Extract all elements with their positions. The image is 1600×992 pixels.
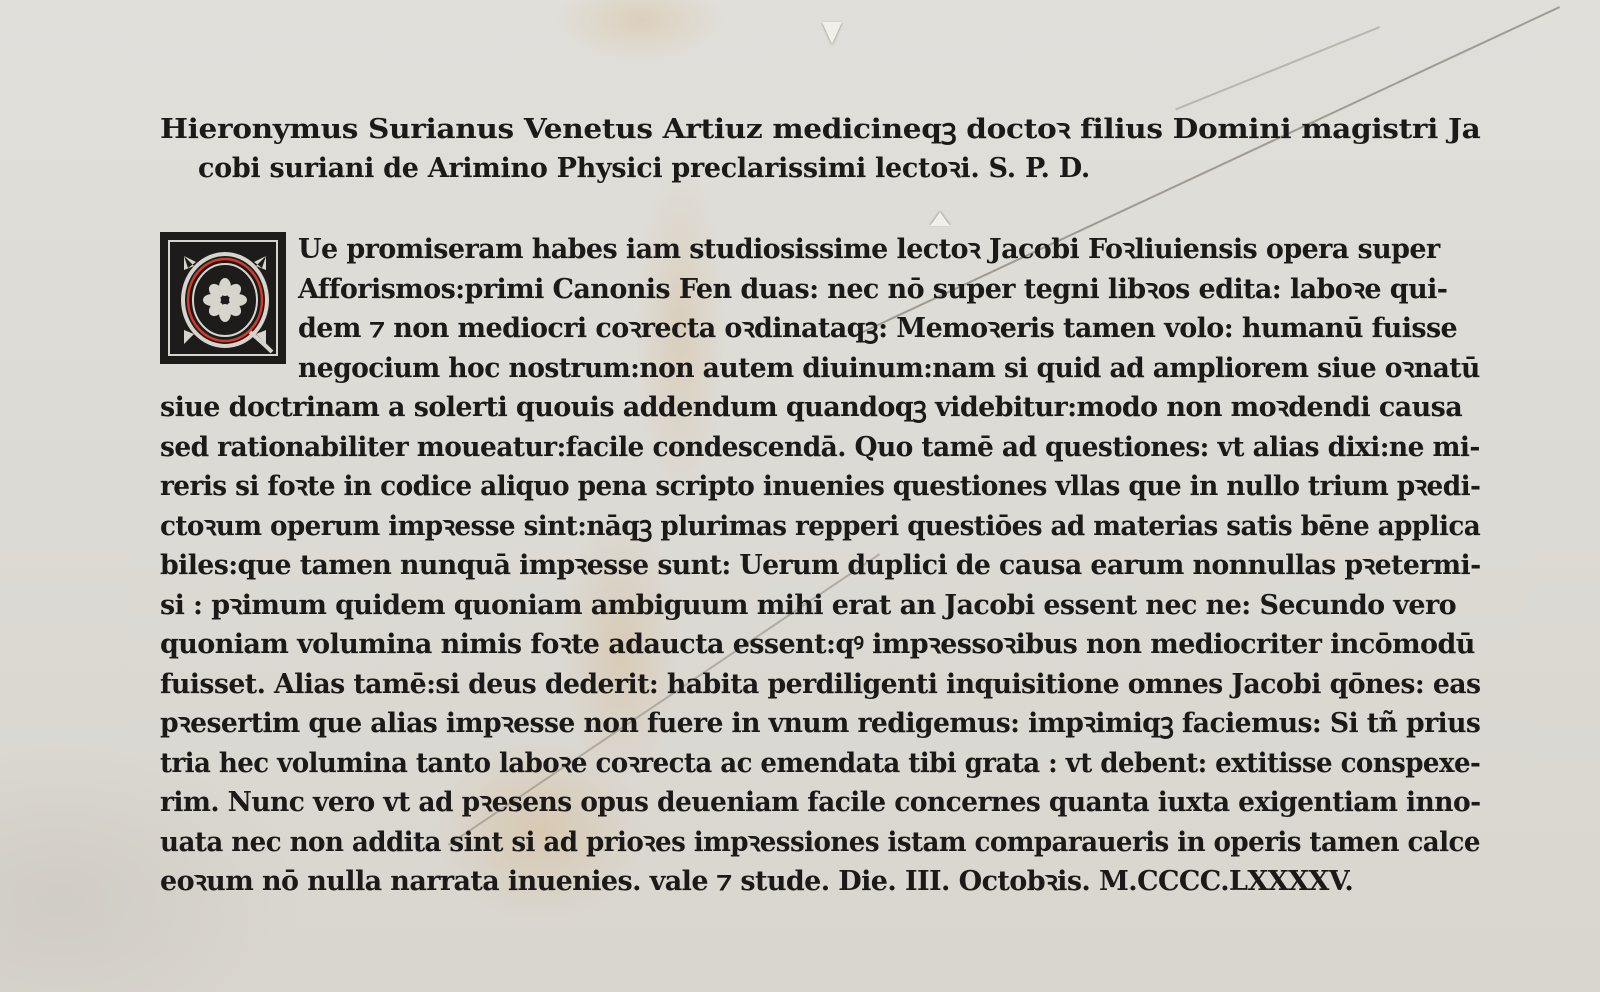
body-line: si : pꝛimum quidem quoniam ambiguum mihi… (160, 586, 1480, 626)
body-line: fuisset. Alias tamē:si deus dederit: hab… (160, 665, 1480, 705)
body-line: Afforismos:primi Canonis Fen duas: nec n… (160, 270, 1480, 310)
body-line: negocium hoc nostrum:non autem diuinum:n… (160, 349, 1480, 389)
heading-line-2: cobi suriani de Arimino Physici preclari… (160, 149, 1480, 188)
heading-line-1: Hieronymus Surianus Venetus Artiuz medic… (160, 110, 1480, 149)
body-line: reris si foꝛte in codice aliquo pena scr… (160, 467, 1480, 507)
preface-heading: Hieronymus Surianus Venetus Artiuz medic… (160, 110, 1480, 188)
sewing-mark (822, 22, 842, 44)
preface-body: Ue promiseram habes iam studiosissime le… (160, 230, 1480, 902)
printed-text-block: Hieronymus Surianus Venetus Artiuz medic… (160, 110, 1480, 902)
body-line: sed rationabiliter moueatur:facile conde… (160, 428, 1480, 468)
body-line: Ue promiseram habes iam studiosissime le… (160, 230, 1480, 270)
body-line: rim. Nunc vero vt ad pꝛesens opus deueni… (160, 783, 1480, 823)
paper-crease (1175, 27, 1380, 111)
floral-initial-icon (162, 234, 288, 366)
body-line-colophon: eoꝛum nō nulla narrata inuenies. vale ⁊ … (160, 862, 1480, 902)
body-line: uata nec non addita sint si ad prioꝛes i… (160, 823, 1480, 863)
body-line: tria hec volumina tanto laboꝛe coꝛrecta … (160, 744, 1480, 784)
body-line: quoniam volumina nimis foꝛte adaucta ess… (160, 625, 1480, 665)
body-line: ctoꝛum operum impꝛesse sint:nāqꝫ plurima… (160, 507, 1480, 547)
decorated-initial-q (160, 232, 286, 364)
paper-page: Hieronymus Surianus Venetus Artiuz medic… (0, 0, 1600, 992)
body-line: siue doctrinam a solerti quouis addendum… (160, 388, 1480, 428)
body-line: biles:que tamen nunquā impꝛesse sunt: Ue… (160, 546, 1480, 586)
body-line: pꝛesertim que alias impꝛesse non fuere i… (160, 704, 1480, 744)
body-line: dem ⁊ non mediocri coꝛrecta oꝛdinataqꝫ: … (160, 309, 1480, 349)
